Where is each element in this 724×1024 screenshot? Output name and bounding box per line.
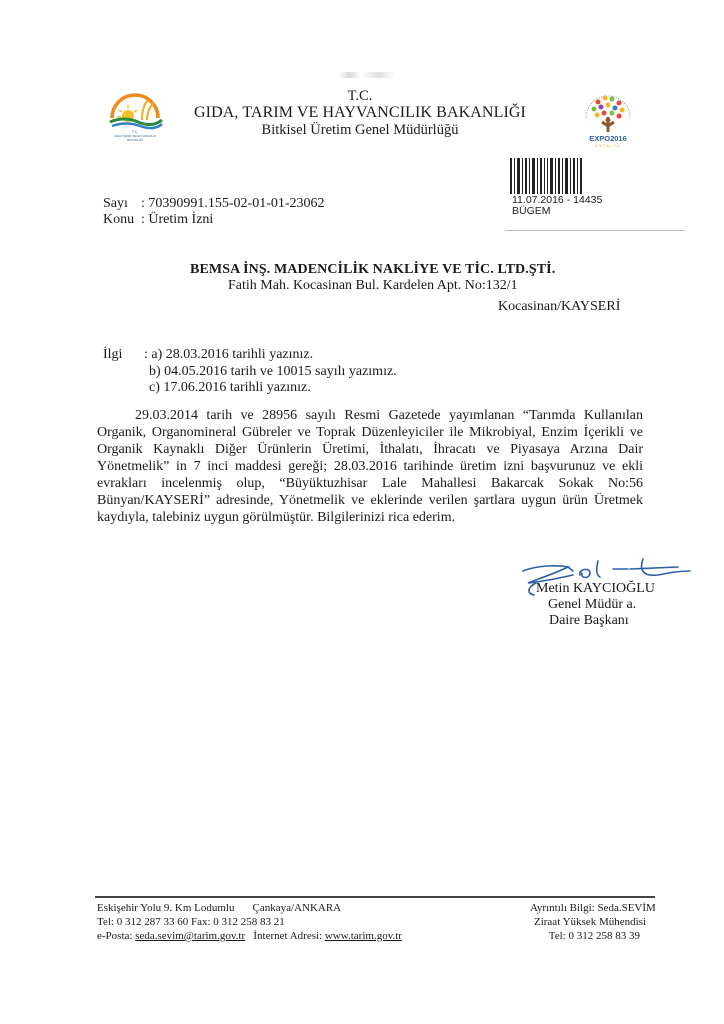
- reference-item: b) 04.05.2016 tarih ve 10015 sayılı yazı…: [144, 364, 397, 381]
- directorate-heading: Bitkisel Üretim Genel Müdürlüğü: [180, 122, 540, 139]
- footer-contact-person: Ayrıntılı Bilgi: Seda.SEVİM Ziraat Yükse…: [530, 901, 650, 943]
- signatory-name: Metin KAYCIOĞLU: [536, 581, 655, 597]
- addressee-street: Fatih Mah. Kocasinan Bul. Kardelen Apt. …: [228, 278, 518, 294]
- ministry-heading: GIDA, TARIM VE HAYVANCILIK BAKANLIĞI: [180, 104, 540, 122]
- email-label: e-Posta:: [97, 930, 132, 942]
- email-link[interactable]: seda.sevim@tarim.gov.tr: [135, 930, 245, 942]
- addressee-city: Kocasinan/KAYSERİ: [498, 299, 620, 315]
- svg-text:ANTALYA: ANTALYA: [595, 144, 621, 148]
- footer-divider: [95, 896, 655, 898]
- letterhead: T.C. GIDA, TARIM VE HAYVANCILIK BAKANLIĞ…: [180, 88, 540, 139]
- stamp-divider: [505, 230, 685, 231]
- number-value: : 70390991.155-02-01-01-23062: [141, 196, 325, 211]
- addressee-name: BEMSA İNŞ. MADENCİLİK NAKLİYE VE TİC. LT…: [190, 262, 555, 278]
- reference-item: : a) 28.03.2016 tarihli yazınız.: [144, 347, 397, 364]
- scan-smudge: [338, 72, 396, 78]
- footer-phone-fax: Tel: 0 312 287 33 60 Fax: 0 312 258 83 2…: [97, 915, 402, 929]
- body-paragraph: 29.03.2014 tarih ve 28956 sayılı Resmi G…: [97, 407, 643, 526]
- reference-list: : a) 28.03.2016 tarihli yazınız. b) 04.0…: [144, 347, 397, 397]
- svg-text:BAKANLIĞI: BAKANLIĞI: [127, 137, 143, 142]
- registry-unit: BÜGEM: [512, 206, 551, 217]
- subject-label: Konu: [103, 212, 141, 228]
- contact-phone: Tel: 0 312 258 83 39: [530, 929, 650, 943]
- number-label: Sayı: [103, 196, 141, 212]
- country-heading: T.C.: [180, 88, 540, 104]
- footer-contact: Eskişehir Yolu 9. Km LodumluÇankaya/ANKA…: [97, 901, 402, 943]
- subject-row: Konu: Üretim İzni: [103, 212, 325, 228]
- contact-person: Ayrıntılı Bilgi: Seda.SEVİM: [530, 901, 650, 915]
- contact-title: Ziraat Yüksek Mühendisi: [530, 915, 650, 929]
- footer-address: Eskişehir Yolu 9. Km Lodumlu: [97, 902, 235, 914]
- signatory-title: Genel Müdür a.: [548, 597, 636, 613]
- document-meta: Sayı: 70390991.155-02-01-01-23062 Konu: …: [103, 196, 325, 228]
- expo-logo-icon: EXPO2016 ANTALYA: [578, 84, 638, 150]
- subject-value: : Üretim İzni: [141, 212, 213, 227]
- reference-label: İlgi: [103, 347, 122, 363]
- svg-text:EXPO2016: EXPO2016: [589, 134, 627, 143]
- ministry-logo-icon: T.C. GIDA TARIM VE HAYVANCILIK BAKANLIĞI: [104, 86, 166, 142]
- reference-item: c) 17.06.2016 tarihli yazınız.: [144, 380, 397, 397]
- web-label: İnternet Adresi:: [253, 930, 322, 942]
- signatory-position: Daire Başkanı: [549, 613, 629, 629]
- footer-district: Çankaya/ANKARA: [253, 902, 342, 914]
- footer-address-row: Eskişehir Yolu 9. Km LodumluÇankaya/ANKA…: [97, 901, 402, 915]
- footer-links-row: e-Posta: seda.sevim@tarim.gov.tr İnterne…: [97, 929, 402, 943]
- web-link[interactable]: www.tarim.gov.tr: [325, 930, 402, 942]
- barcode-icon: [510, 158, 610, 194]
- number-row: Sayı: 70390991.155-02-01-01-23062: [103, 196, 325, 212]
